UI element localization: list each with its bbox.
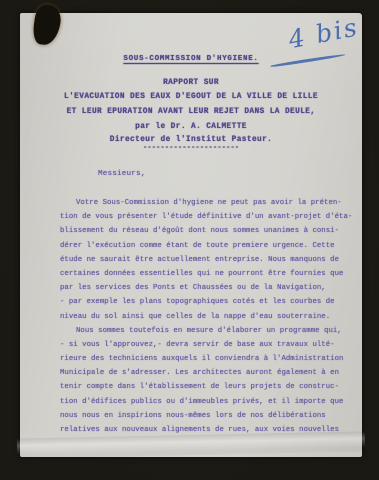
report-title-line-2: ET LEUR EPURATION AVANT LEUR REJET DANS … bbox=[20, 108, 362, 116]
letter-line: étude ne saurait être actuellement entre… bbox=[60, 253, 352, 267]
letter-line: par les services des Ponts et Chaussées … bbox=[60, 281, 352, 295]
handwritten-page-number: 4 bis bbox=[286, 9, 379, 55]
letter-line: tion d'édifices publics ou d'immeubles p… bbox=[60, 395, 352, 409]
letter-line: dérer l'exécution comme étant de toute p… bbox=[60, 239, 352, 253]
letter-line: - si vous l'approuvez,- devra servir de … bbox=[60, 338, 352, 352]
letter-line: certaines données essentielles qui ne po… bbox=[60, 267, 352, 281]
letter-line: rieure des techniciens auxquels il convi… bbox=[60, 352, 352, 366]
letter-line: blissement du réseau d'égoût dont nous s… bbox=[60, 224, 352, 238]
heading-separator: ---------------------- bbox=[20, 144, 362, 152]
punch-hole bbox=[31, 3, 62, 46]
letter-body: Votre Sous-Commission d'hygiene ne peut … bbox=[60, 196, 352, 437]
scanned-page: 4 bis SOUS-COMMISSION D'HYGIENE. RAPPORT… bbox=[20, 13, 362, 457]
scan-background: 4 bis SOUS-COMMISSION D'HYGIENE. RAPPORT… bbox=[0, 0, 379, 480]
letter-line: Nous sommes toutefois en mesure d'élabor… bbox=[60, 324, 352, 338]
committee-heading: SOUS-COMMISSION D'HYGIENE. bbox=[20, 55, 362, 63]
letter-line: - par exemple les plans topographiques c… bbox=[60, 295, 352, 309]
salutation: Messieurs, bbox=[98, 170, 146, 178]
letter-line: Votre Sous-Commission d'hygiene ne peut … bbox=[60, 196, 352, 210]
author-line: par le Dr. A. CALMETTE bbox=[20, 123, 362, 131]
report-label: RAPPORT SUR bbox=[20, 79, 362, 87]
report-title-line-1: L'EVACUATION DES EAUX D'EGOUT DE LA VILL… bbox=[20, 93, 362, 101]
letter-line: tion de vous présenter l'étude définitiv… bbox=[60, 210, 352, 224]
letter-line: niveau du sol ainsi que celles de la nap… bbox=[60, 310, 352, 324]
author-role-line: Directeur de l'Institut Pasteur. bbox=[20, 136, 362, 144]
letter-line: tenir compte dans l'établissement de leu… bbox=[60, 380, 352, 394]
letter-line: Municipale de s'adresser. Les architecte… bbox=[60, 366, 352, 380]
letter-line: nous nous en inspirions nous-mêmes lors … bbox=[60, 409, 352, 423]
